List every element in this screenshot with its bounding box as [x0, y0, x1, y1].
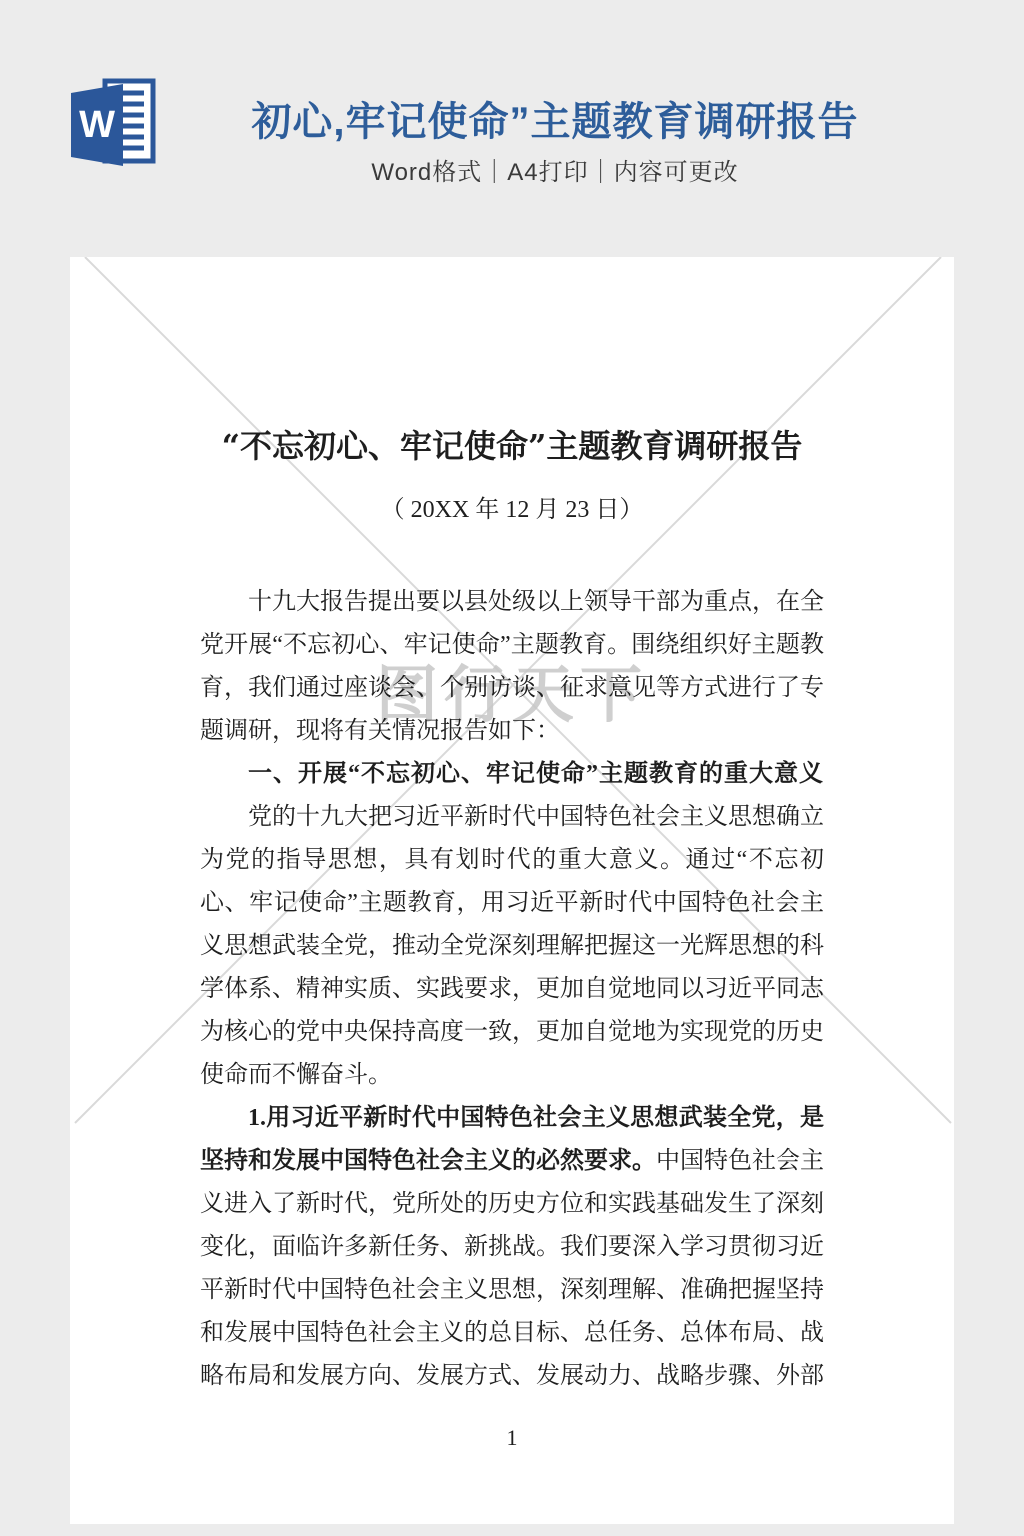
section-heading-1: 一、开展“不忘初心、牢记使命”主题教育的重大意义 [200, 753, 824, 796]
document-date: （ 20XX 年 12 月 23 日） [200, 495, 824, 525]
word-icon-letter: W [79, 104, 115, 146]
paragraph-intro: 十九大报告提出要以县处级以上领导干部为重点，在全党开展“不忘初心、牢记使命”主题… [200, 581, 824, 753]
paragraph-3-body: 中国特色社会主义进入了新时代，党所处的历史方位和实践基础发生了深刻变化，面临许多… [200, 1148, 824, 1389]
word-file-icon: W [64, 78, 158, 172]
site-header: W 初心,牢记使命”主题教育调研报告 Word格式｜A4打印｜内容可更改 [0, 0, 1024, 257]
paragraph-3: 1.用习近平新时代中国特色社会主义思想武装全党，是坚持和发展中国特色社会主义的必… [200, 1097, 824, 1398]
document-title: “不忘初心、牢记使命”主题教育调研报告 [200, 423, 824, 469]
document-body: “不忘初心、牢记使命”主题教育调研报告 （ 20XX 年 12 月 23 日） … [200, 423, 824, 1398]
document-page: 图行天下 “不忘初心、牢记使命”主题教育调研报告 （ 20XX 年 12 月 2… [70, 257, 954, 1524]
page-number: 1 [70, 1425, 954, 1451]
page-title: 初心,牢记使命”主题教育调研报告 [155, 90, 955, 147]
page-canvas: W 初心,牢记使命”主题教育调研报告 Word格式｜A4打印｜内容可更改 图行天… [0, 0, 1024, 1536]
page-subtitle: Word格式｜A4打印｜内容可更改 [155, 152, 955, 187]
paragraph-2: 党的十九大把习近平新时代中国特色社会主义思想确立为党的指导思想，具有划时代的重大… [200, 796, 824, 1097]
